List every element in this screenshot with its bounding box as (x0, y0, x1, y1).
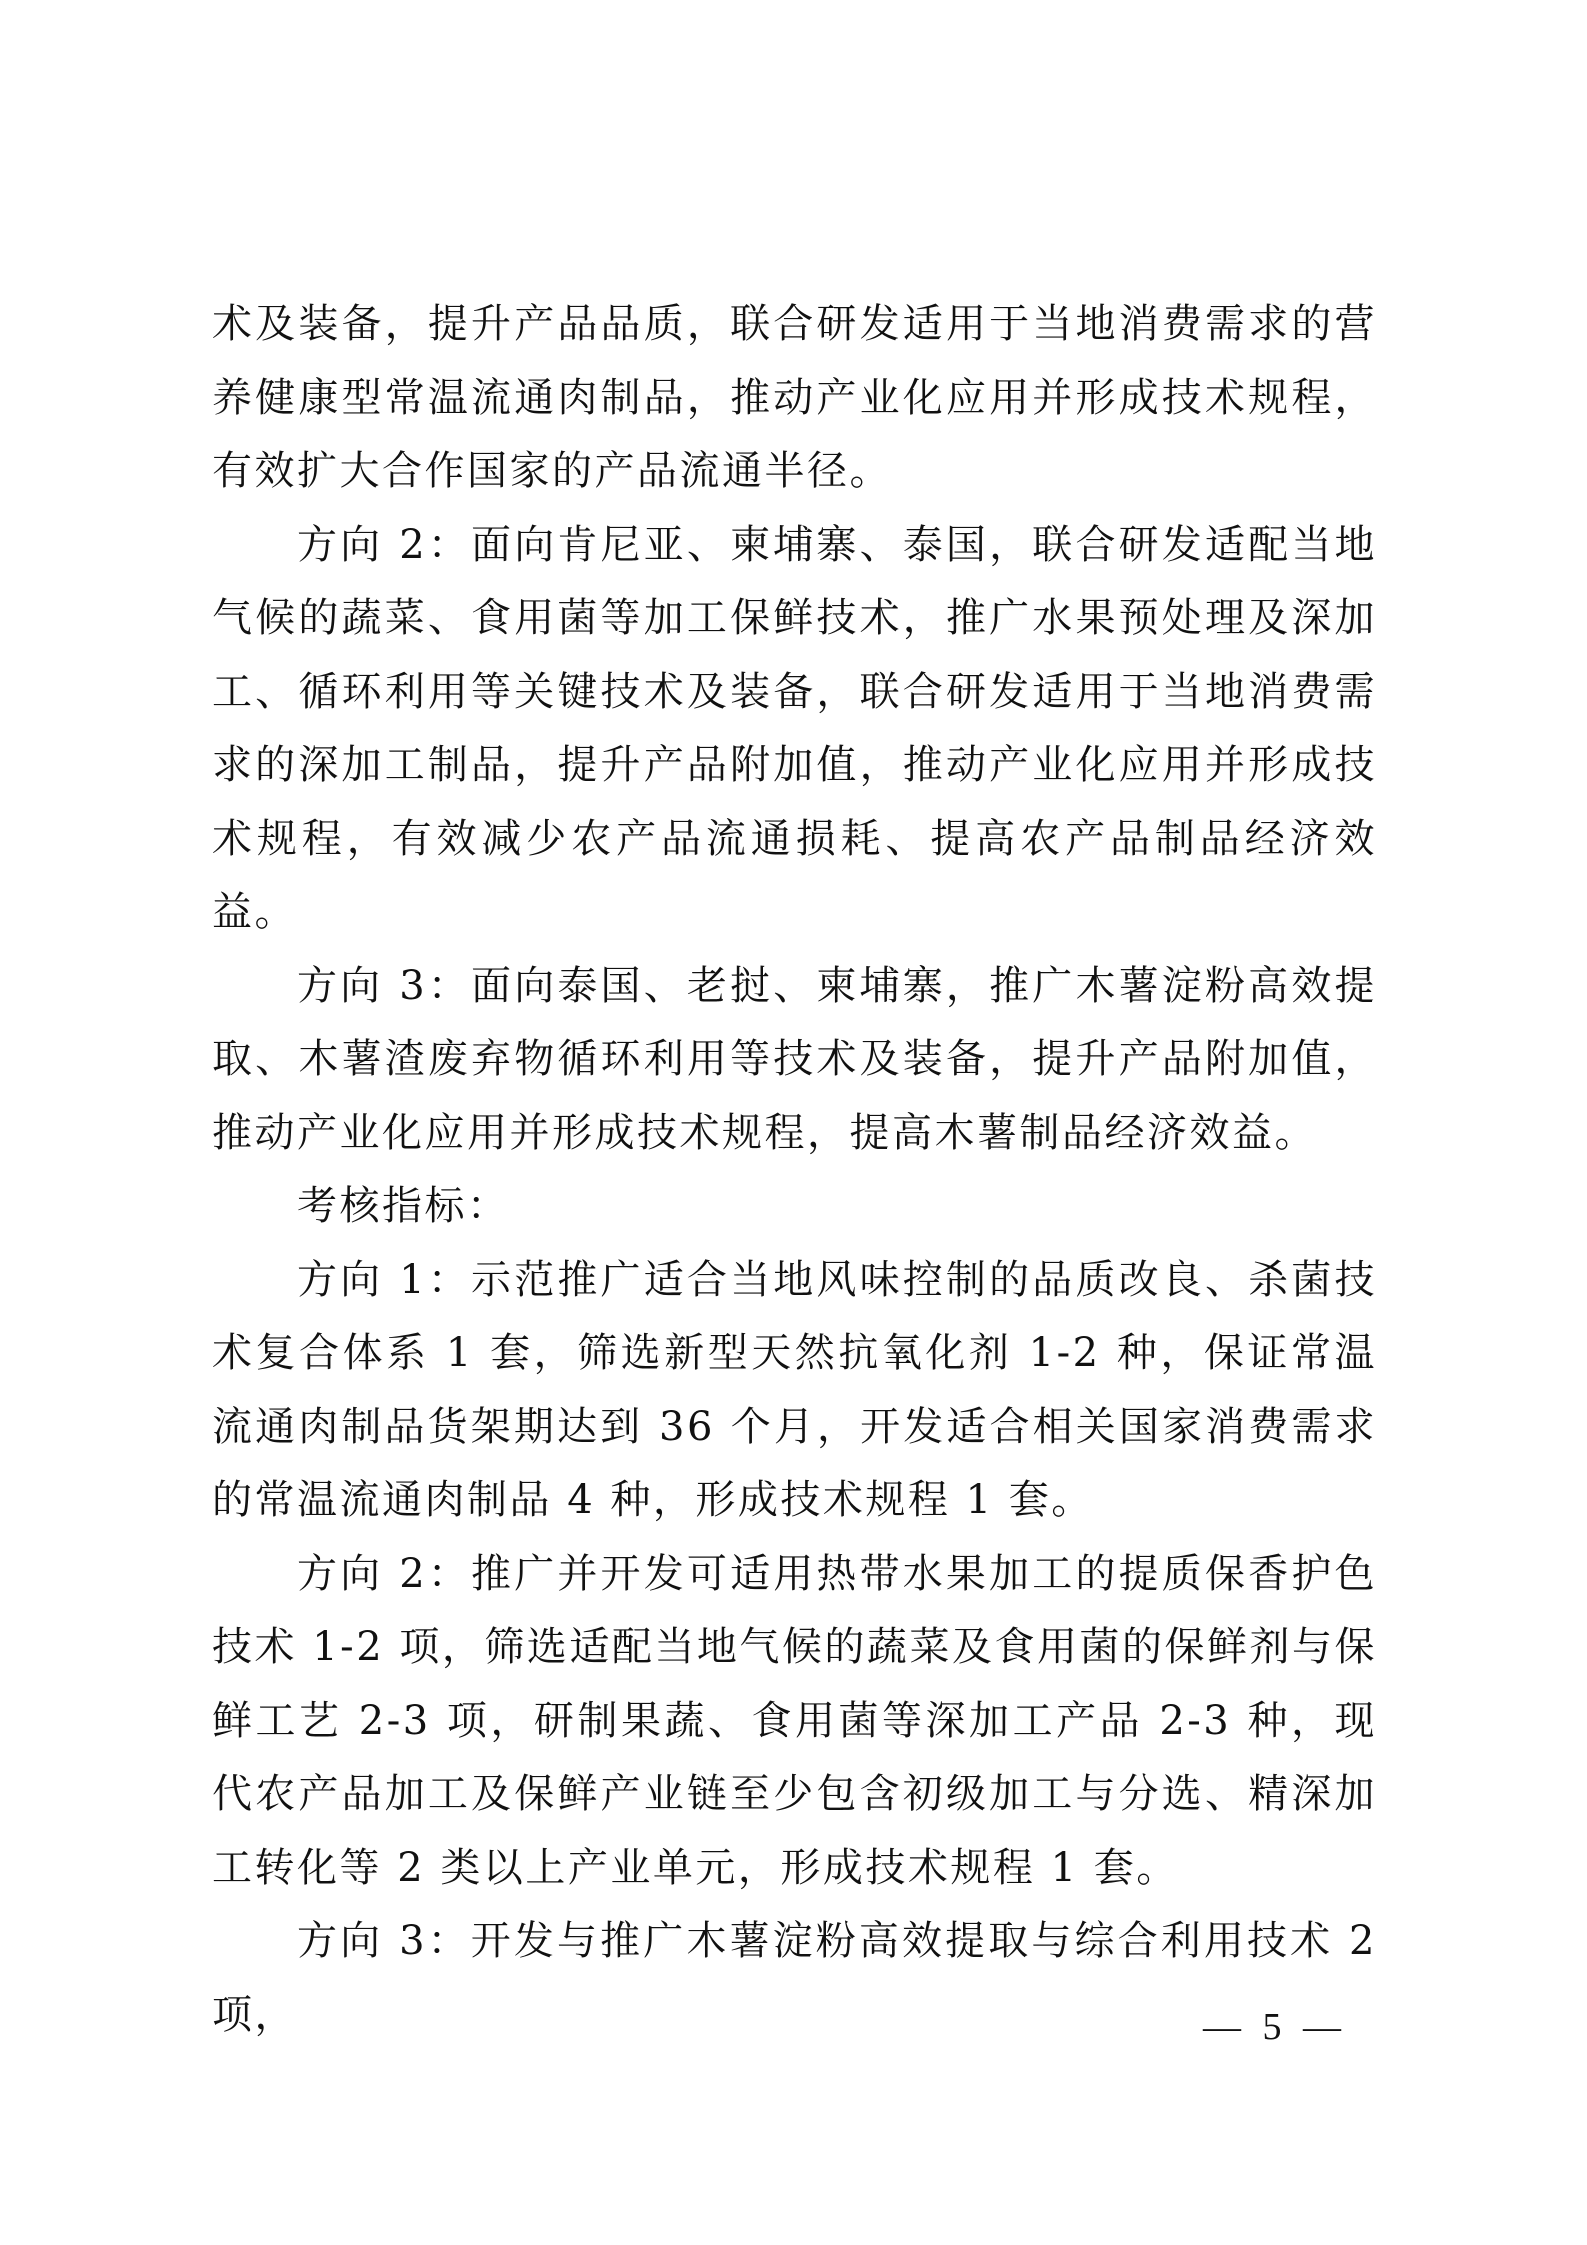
paragraph-continuation: 术及装备，提升产品品质，联合研发适用于当地消费需求的营养健康型常温流通肉制品，推… (212, 288, 1377, 509)
paragraph-indicator-direction-2: 方向 2：推广并开发可适用热带水果加工的提质保香护色技术 1-2 项，筛选适配当… (212, 1538, 1377, 1906)
document-page: 术及装备，提升产品品质，联合研发适用于当地消费需求的营养健康型常温流通肉制品，推… (0, 0, 1587, 2245)
page-number: — 5 — (1195, 2005, 1355, 2049)
section-heading-assessment-indicators: 考核指标： (212, 1170, 1377, 1244)
paragraph-direction-3: 方向 3：面向泰国、老挝、柬埔寨，推广木薯淀粉高效提取、木薯渣废弃物循环利用等技… (212, 950, 1377, 1171)
paragraph-indicator-direction-1: 方向 1：示范推广适合当地风味控制的品质改良、杀菌技术复合体系 1 套，筛选新型… (212, 1244, 1377, 1538)
paragraph-direction-2: 方向 2：面向肯尼亚、柬埔寨、泰国，联合研发适配当地气候的蔬菜、食用菌等加工保鲜… (212, 509, 1377, 950)
document-body: 术及装备，提升产品品质，联合研发适用于当地消费需求的营养健康型常温流通肉制品，推… (212, 288, 1377, 2052)
